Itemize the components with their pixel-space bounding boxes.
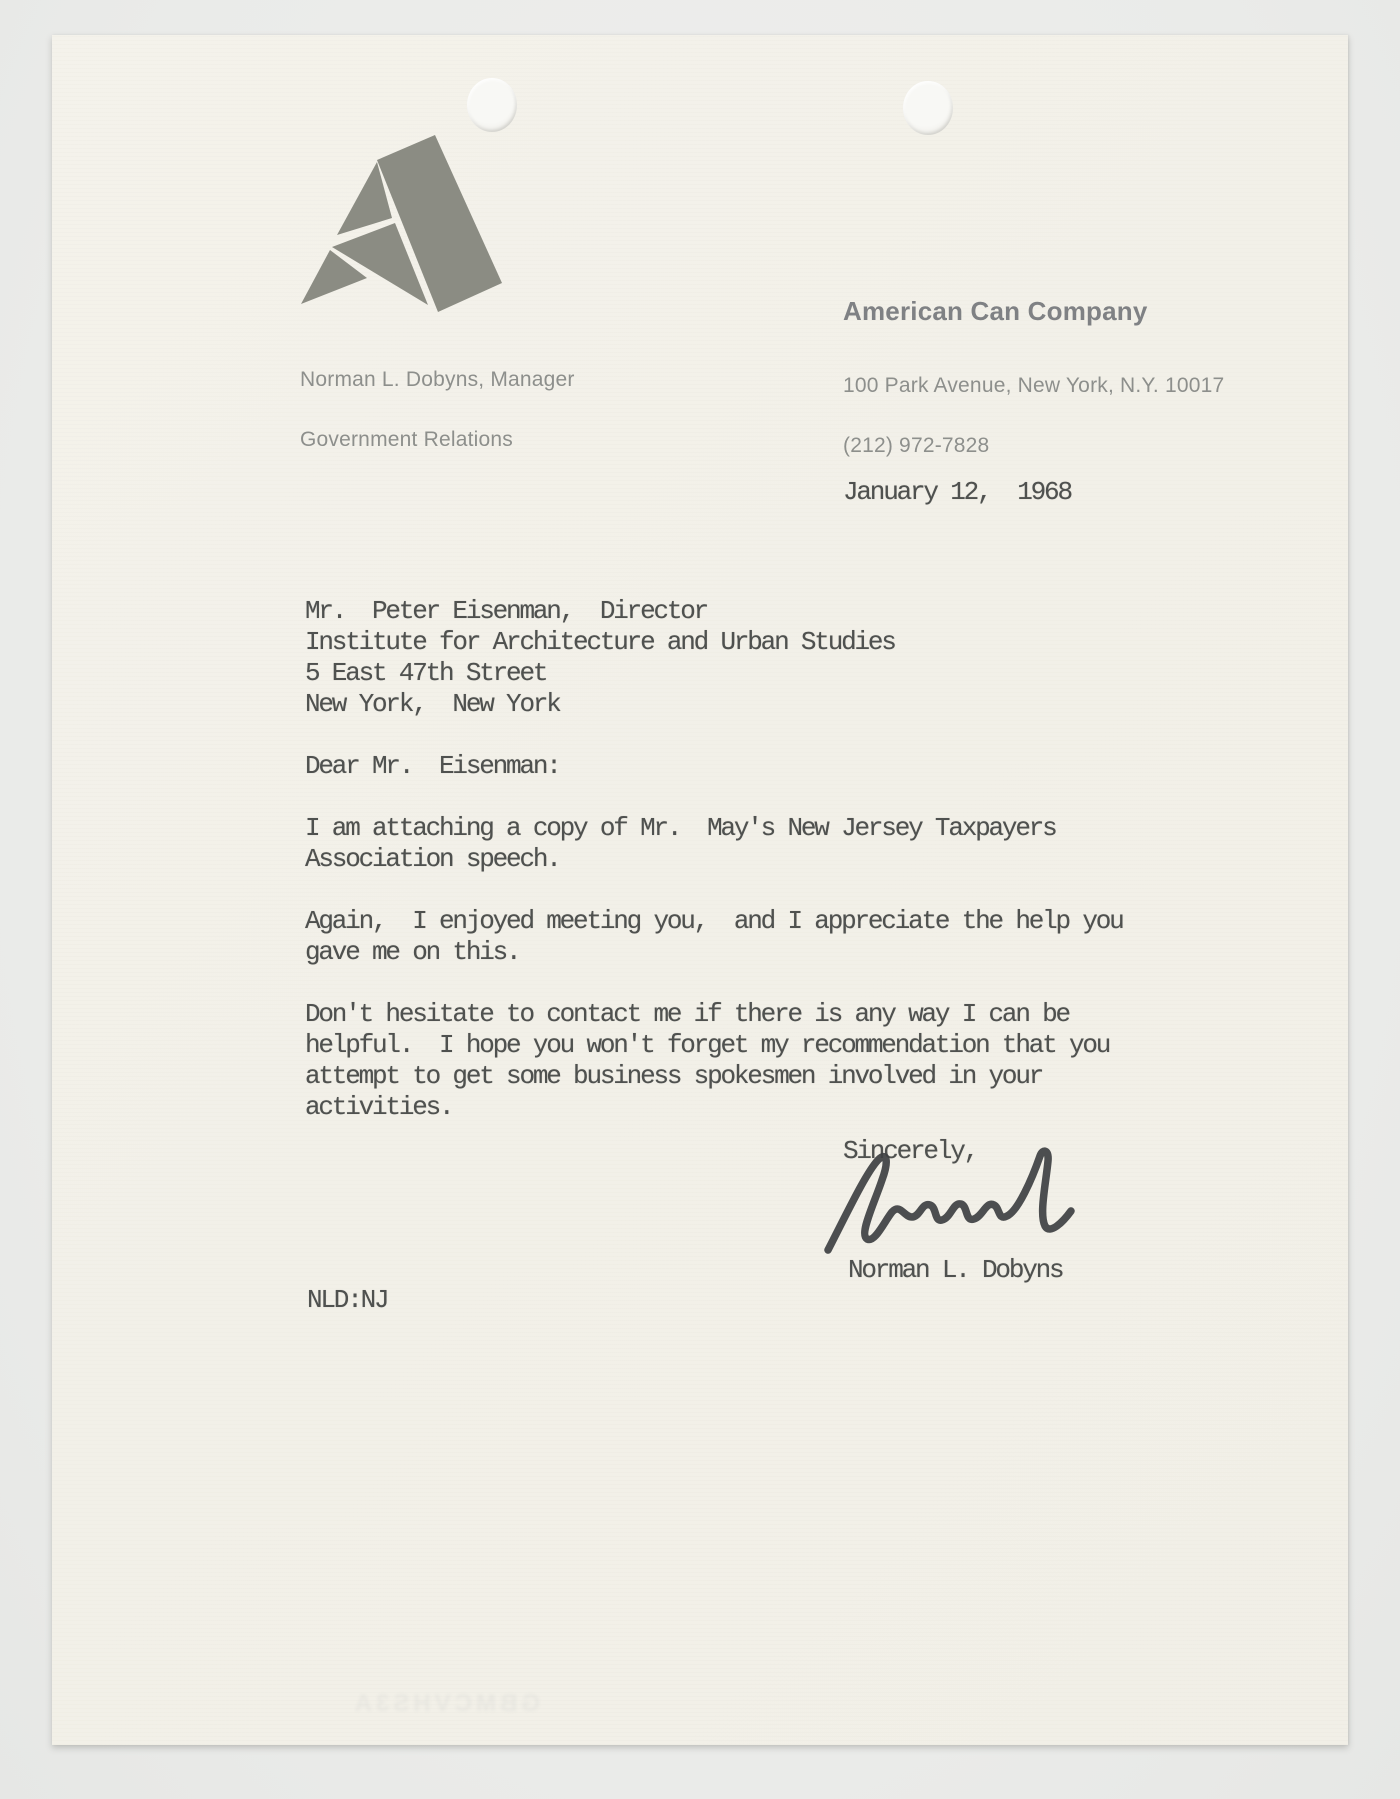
scan-background: American Can Company Norman L. Dobyns, M… [0,0,1400,1799]
punch-hole-left [467,78,517,132]
signature-path [828,1151,1071,1250]
sender-department: Government Relations [300,428,513,451]
bleed-through-artifact: GBMCVHS3A [320,1690,540,1720]
handwritten-signature [820,1145,1078,1257]
reference-initials: NLD:NJ [307,1285,387,1316]
sender-contact-block: Norman L. Dobyns, Manager Government Rel… [300,365,575,455]
body-paragraph-1: I am attaching a copy of Mr. May's New J… [305,813,1056,875]
sender-name-title: Norman L. Dobyns, Manager [300,368,575,391]
punch-hole-right [903,81,953,135]
american-can-logo [297,133,507,323]
company-name: American Can Company [843,296,1148,327]
letter-page: American Can Company Norman L. Dobyns, M… [52,35,1348,1745]
logo-a-mark [297,133,507,323]
salutation: Dear Mr. Eisenman: [305,751,560,782]
body-paragraph-2: Again, I enjoyed meeting you, and I appr… [305,906,1123,968]
body-paragraph-3: Don't hesitate to contact me if there is… [305,999,1109,1123]
recipient-address-block: Mr. Peter Eisenman, Director Institute f… [305,596,895,720]
date-line: January 12, 1968 [843,477,1071,508]
signed-name: Norman L. Dobyns [848,1255,1062,1286]
company-phone: (212) 972-7828 [843,434,989,457]
company-address: 100 Park Avenue, New York, N.Y. 10017 [843,374,1224,397]
company-contact-block: 100 Park Avenue, New York, N.Y. 10017 (2… [843,371,1224,461]
signature-scribble [820,1145,1078,1257]
